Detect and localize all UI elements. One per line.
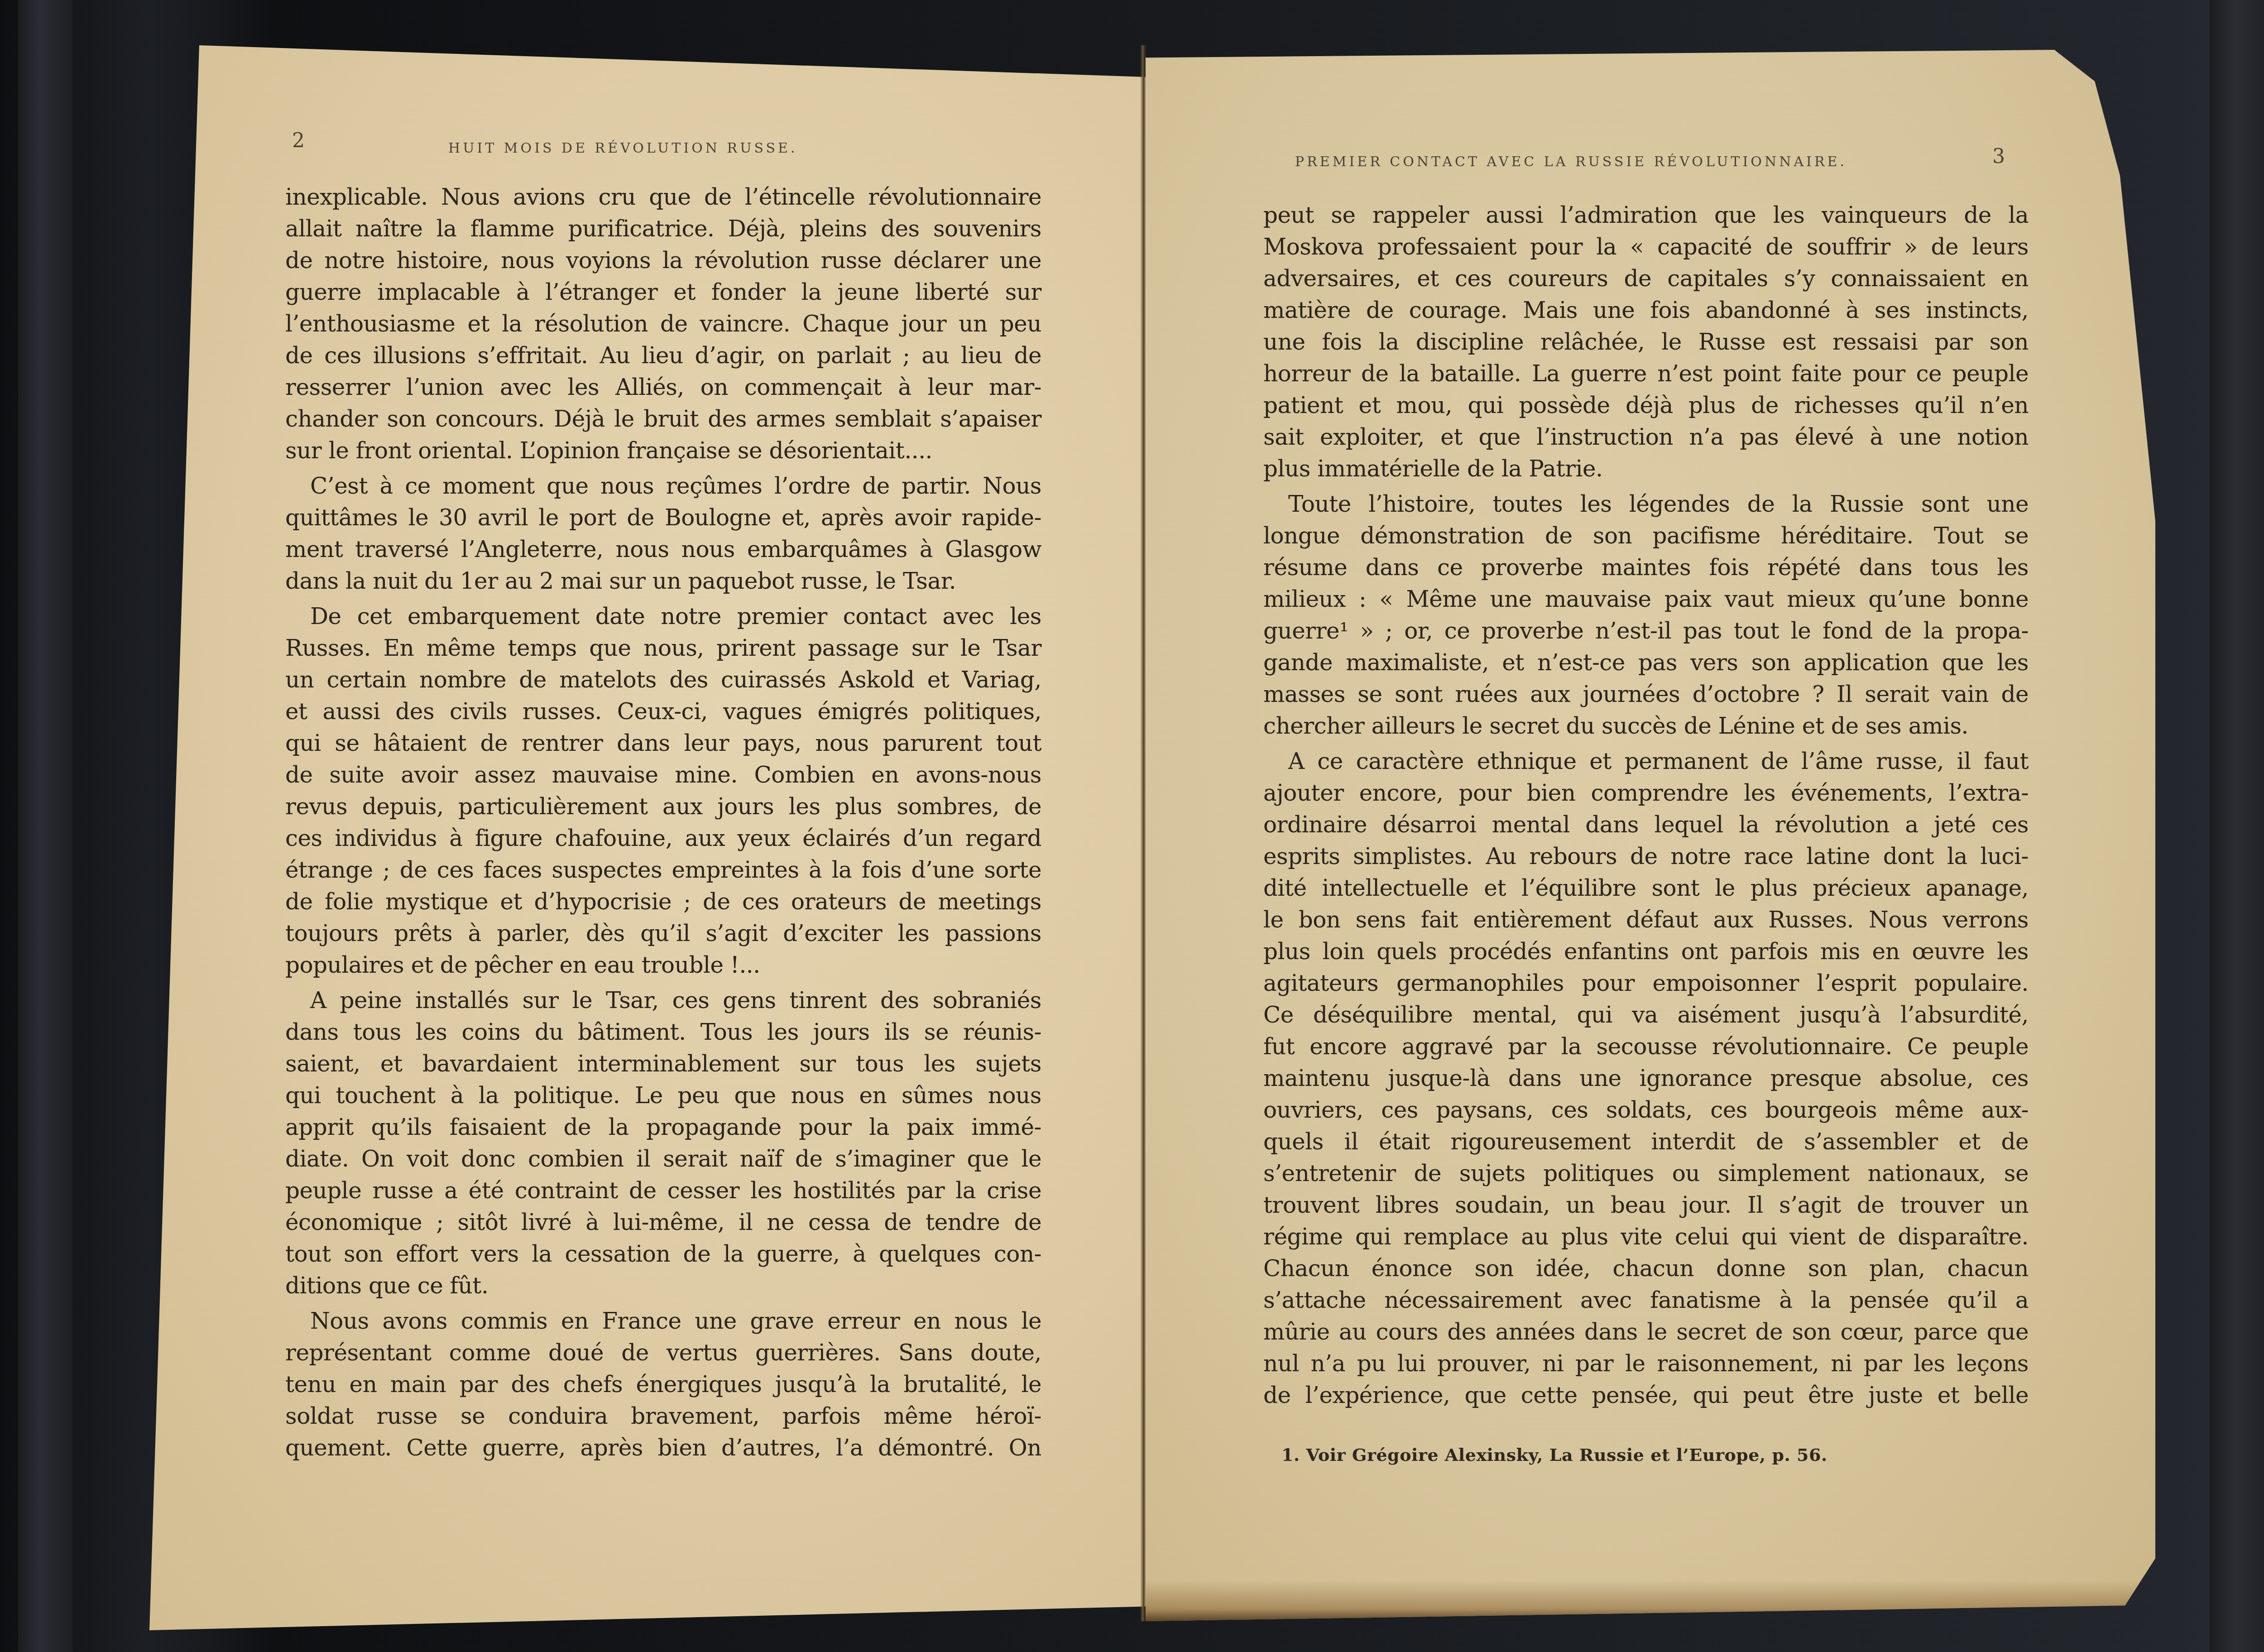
text-line: milieux : « Même une mauvaise paix vaut …	[1263, 583, 2029, 615]
text-line: horreur de la bataille. La guerre n’est …	[1263, 358, 2029, 389]
text-line: Moskova professaient pour la « capacité …	[1263, 231, 2029, 263]
text-line: plus immatérielle de la Patrie.	[1263, 453, 2029, 485]
text-line: longue démonstration de son pacifisme hé…	[1263, 520, 2029, 552]
text-line: de folie mystique et d’hypocrisie ; de c…	[285, 886, 1041, 917]
text-line: étrange ; de ces faces suspectes emprein…	[285, 854, 1041, 886]
left-page-body: inexplicable. Nous avions cru que de l’é…	[285, 181, 1041, 1464]
text-line: chander son concours. Déjà le bruit des …	[285, 403, 1041, 435]
text-line: ment traversé l’Angleterre, nous nous em…	[285, 533, 1041, 565]
text-line: et aussi des civils russes. Ceux-ci, vag…	[285, 696, 1041, 727]
text-line: mûrie au cours des années dans le secret…	[1263, 1316, 2029, 1348]
text-line: dans la nuit du 1er au 2 mai sur un paqu…	[285, 565, 1041, 597]
text-line: A ce caractère ethnique et permanent de …	[1263, 745, 2029, 777]
left-page: 2 HUIT MOIS DE RÉVOLUTION RUSSE. inexpli…	[149, 45, 1146, 1630]
photo-scene: 2 HUIT MOIS DE RÉVOLUTION RUSSE. inexpli…	[0, 0, 2264, 1652]
text-line: sur le front oriental. L’opinion françai…	[285, 435, 1041, 466]
text-line: peut se rappeler aussi l’admiration que …	[1263, 199, 2029, 231]
paragraph-gap	[1263, 742, 2029, 745]
text-line: esprits simplistes. Au rebours de notre …	[1263, 840, 2029, 872]
text-line: quittâmes le 30 avril le port de Boulogn…	[285, 502, 1041, 533]
text-line: dans tous les coins du bâtiment. Tous le…	[285, 1016, 1041, 1048]
running-head-right: PREMIER CONTACT AVEC LA RUSSIE RÉVOLUTIO…	[1295, 154, 1847, 170]
running-head-left: HUIT MOIS DE RÉVOLUTION RUSSE.	[448, 140, 798, 156]
text-line: tenu en main par des chefs énergiques ju…	[285, 1369, 1041, 1400]
text-line: nul n’a pu lui prouver, ni par le raison…	[1263, 1348, 2029, 1379]
text-line: ordinaire désarroi mental dans lequel la…	[1263, 809, 2029, 840]
right-page-body: peut se rappeler aussi l’admiration que …	[1263, 199, 2029, 1411]
text-line: une fois la discipline relâchée, le Russ…	[1263, 326, 2029, 358]
text-line: soldat russe se conduira bravement, parf…	[285, 1400, 1041, 1432]
text-line: résume dans ce proverbe maintes fois rép…	[1263, 552, 2029, 583]
text-line: un certain nombre de matelots des cuiras…	[285, 664, 1041, 696]
text-line: ajouter encore, pour bien comprendre les…	[1263, 777, 2029, 809]
text-line: patient et mou, qui possède déjà plus de…	[1263, 389, 2029, 421]
text-line: Chacun énonce son idée, chacun donne son…	[1263, 1253, 2029, 1284]
text-line: s’attache nécessairement avec fanatisme …	[1263, 1284, 2029, 1316]
text-line: matière de courage. Mais une fois abando…	[1263, 294, 2029, 326]
text-line: guerre implacable à l’étranger et fonder…	[285, 276, 1041, 308]
text-line: ditions que ce fût.	[285, 1270, 1041, 1301]
text-line: de notre histoire, nous voyions la révol…	[285, 245, 1041, 276]
text-line: saient, et bavardaient interminablement …	[285, 1048, 1041, 1080]
page-number-right: 3	[1992, 145, 2005, 168]
text-line: gande maximaliste, et n’est-ce pas vers …	[1263, 647, 2029, 678]
right-page: PREMIER CONTACT AVEC LA RUSSIE RÉVOLUTIO…	[1146, 50, 2155, 1621]
text-line: Toute l’histoire, toutes les légendes de…	[1263, 488, 2029, 520]
text-line: qui touchent à la politique. Le peu que …	[285, 1080, 1041, 1111]
text-line: maintenu jusque-là dans une ignorance pr…	[1263, 1062, 2029, 1094]
text-line: chercher ailleurs le secret du succès de…	[1263, 710, 2029, 742]
text-line: quels il était rigoureusement interdit d…	[1263, 1126, 2029, 1157]
text-line: dité intellectuelle et l’équilibre sont …	[1263, 872, 2029, 904]
text-line: inexplicable. Nous avions cru que de l’é…	[285, 181, 1041, 213]
paragraph-gap	[285, 1301, 1041, 1305]
background-rail-right	[2210, 0, 2264, 1652]
book-gutter	[1140, 45, 1146, 1621]
text-line: qui se hâtaient de rentrer dans leur pay…	[285, 727, 1041, 759]
text-line: Russes. En même temps que nous, prirent …	[285, 632, 1041, 664]
text-line: le bon sens fait entièrement défaut aux …	[1263, 904, 2029, 936]
text-line: l’enthousiasme et la résolution de vainc…	[285, 308, 1041, 340]
text-line: resserrer l’union avec les Alliés, on co…	[285, 371, 1041, 403]
text-line: Nous avons commis en France une grave er…	[285, 1305, 1041, 1337]
text-line: allait naître la flamme purificatrice. D…	[285, 213, 1041, 245]
background-rail-left	[18, 0, 72, 1652]
text-line: apprit qu’ils faisaient de la propagande…	[285, 1111, 1041, 1143]
text-line: toujours prêts à parler, dès qu’il s’agi…	[285, 917, 1041, 949]
text-line: économique ; sitôt livré à lui-même, il …	[285, 1206, 1041, 1238]
text-line: de l’expérience, que cette pensée, qui p…	[1263, 1379, 2029, 1411]
text-line: revus depuis, particulièrement aux jours…	[285, 791, 1041, 822]
text-line: de suite avoir assez mauvaise mine. Comb…	[285, 759, 1041, 791]
text-line: agitateurs germanophiles pour empoisonne…	[1263, 967, 2029, 999]
text-line: régime qui remplace au plus vite celui q…	[1263, 1221, 2029, 1253]
text-line: diate. On voit donc combien il serait na…	[285, 1143, 1041, 1175]
paragraph-gap	[285, 466, 1041, 470]
text-line: trouvent libres soudain, un beau jour. I…	[1263, 1189, 2029, 1221]
text-line: ouvriers, ces paysans, ces soldats, ces …	[1263, 1094, 2029, 1126]
text-line: représentant comme doué de vertus guerri…	[285, 1337, 1041, 1369]
paragraph-gap	[1263, 485, 2029, 488]
text-line: De cet embarquement date notre premier c…	[285, 600, 1041, 632]
paragraph-gap	[285, 981, 1041, 984]
text-line: de ces illusions s’effritait. Au lieu d’…	[285, 340, 1041, 371]
text-line: tout son effort vers la cessation de la …	[285, 1238, 1041, 1270]
text-line: sait exploiter, et que l’instruction n’a…	[1263, 421, 2029, 453]
text-line: s’entretenir de sujets politiques ou sim…	[1263, 1157, 2029, 1189]
text-line: masses se sont ruées aux journées d’octo…	[1263, 678, 2029, 710]
text-line: adversaires, et ces coureurs de capitale…	[1263, 263, 2029, 294]
text-line: fut encore aggravé par la secousse révol…	[1263, 1031, 2029, 1062]
text-line: ces individus à figure chafouine, aux ye…	[285, 822, 1041, 854]
page-number-left: 2	[292, 129, 305, 152]
footnote: 1. Voir Grégoire Alexinsky, La Russie et…	[1281, 1445, 1828, 1465]
text-line: quement. Cette guerre, après bien d’autr…	[285, 1432, 1041, 1464]
text-line: populaires et de pêcher en eau trouble !…	[285, 949, 1041, 981]
text-line: plus loin quels procédés enfantins ont p…	[1263, 936, 2029, 967]
text-line: Ce déséquilibre mental, qui va aisément …	[1263, 999, 2029, 1031]
paragraph-gap	[285, 597, 1041, 600]
text-line: C’est à ce moment que nous reçûmes l’ord…	[285, 470, 1041, 502]
text-line: peuple russe a été contraint de cesser l…	[285, 1175, 1041, 1206]
text-line: A peine installés sur le Tsar, ces gens …	[285, 984, 1041, 1016]
text-line: guerre¹ » ; or, ce proverbe n’est-il pas…	[1263, 615, 2029, 647]
